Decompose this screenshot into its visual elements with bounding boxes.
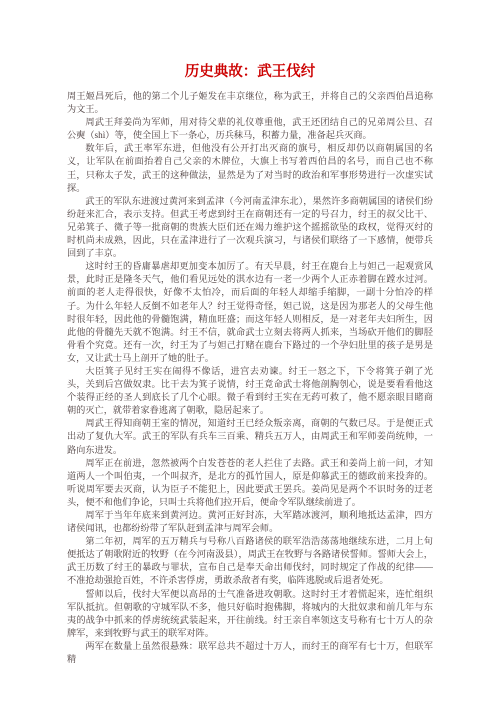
paragraph: 周王姬昌死后，他的第二个儿子姬发在丰京继位，称为武王，并将自己的父亲西伯昌追称为… <box>67 90 433 116</box>
paragraph: 这时纣王的昏庸暴虐却更加变本加厉了。有天早晨，纣王在鹿台上与妲己一起观赏风景，此… <box>67 260 433 365</box>
paragraph: 武王的军队东进渡过黄河来到孟津（今河南孟津东北），果然许多商朝属国的诸侯们纷纷赶… <box>67 195 433 260</box>
article-body: 周王姬昌死后，他的第二个儿子姬发在丰京继位，称为武王，并将自己的父亲西伯昌追称为… <box>67 90 433 666</box>
paragraph: 誓师以后，伐纣大军便以高昂的士气准备进攻朝歌。这时纣王才着慌起来，连忙组织军队抵… <box>67 588 433 640</box>
paragraph: 周军于当年年底来到黄河边。黄河正好封冻，大军踏冰渡河，顺利地抵达孟津，四方诸侯闻… <box>67 509 433 535</box>
paragraph: 第二年初，周军的五万精兵与号称八百路诸侯的联军浩浩荡荡地继续东进，二月上旬便抵达… <box>67 535 433 587</box>
paragraph: 两军在数量上虽然很悬殊：联军总共不超过十万人，而纣王的商军有七十万，但联军精 <box>67 640 433 666</box>
paragraph: 大臣箕子见纣王实在闹得不像话，进宫去劝谏。纣王一怒之下，下令将箕子剃了光头，关到… <box>67 365 433 417</box>
paragraph: 周武王得知商朝王室的情况，知道纣王已经众叛亲离，商朝的气数已尽。于是便正式出动了… <box>67 417 433 456</box>
document-page: 历史典故：武王伐纣 周王姬昌死后，他的第二个儿子姬发在丰京继位，称为武王，并将自… <box>0 0 500 707</box>
paragraph: 数年后，武王率军东进，但他没有公开打出灭商的旗号，相反却仍以商朝属国的名义，让军… <box>67 142 433 194</box>
article: 历史典故：武王伐纣 周王姬昌死后，他的第二个儿子姬发在丰京继位，称为武王，并将自… <box>67 63 433 666</box>
page-title: 历史典故：武王伐纣 <box>67 63 433 81</box>
paragraph: 周武王拜姜尚为军师，用对待父辈的礼仪尊重他，武王还团结自己的兄弟周公旦、召公奭（… <box>67 116 433 142</box>
paragraph: 周军正在前进，忽然被两个白发苍苍的老人拦住了去路。武王和姜尚上前一问，才知道两人… <box>67 457 433 509</box>
